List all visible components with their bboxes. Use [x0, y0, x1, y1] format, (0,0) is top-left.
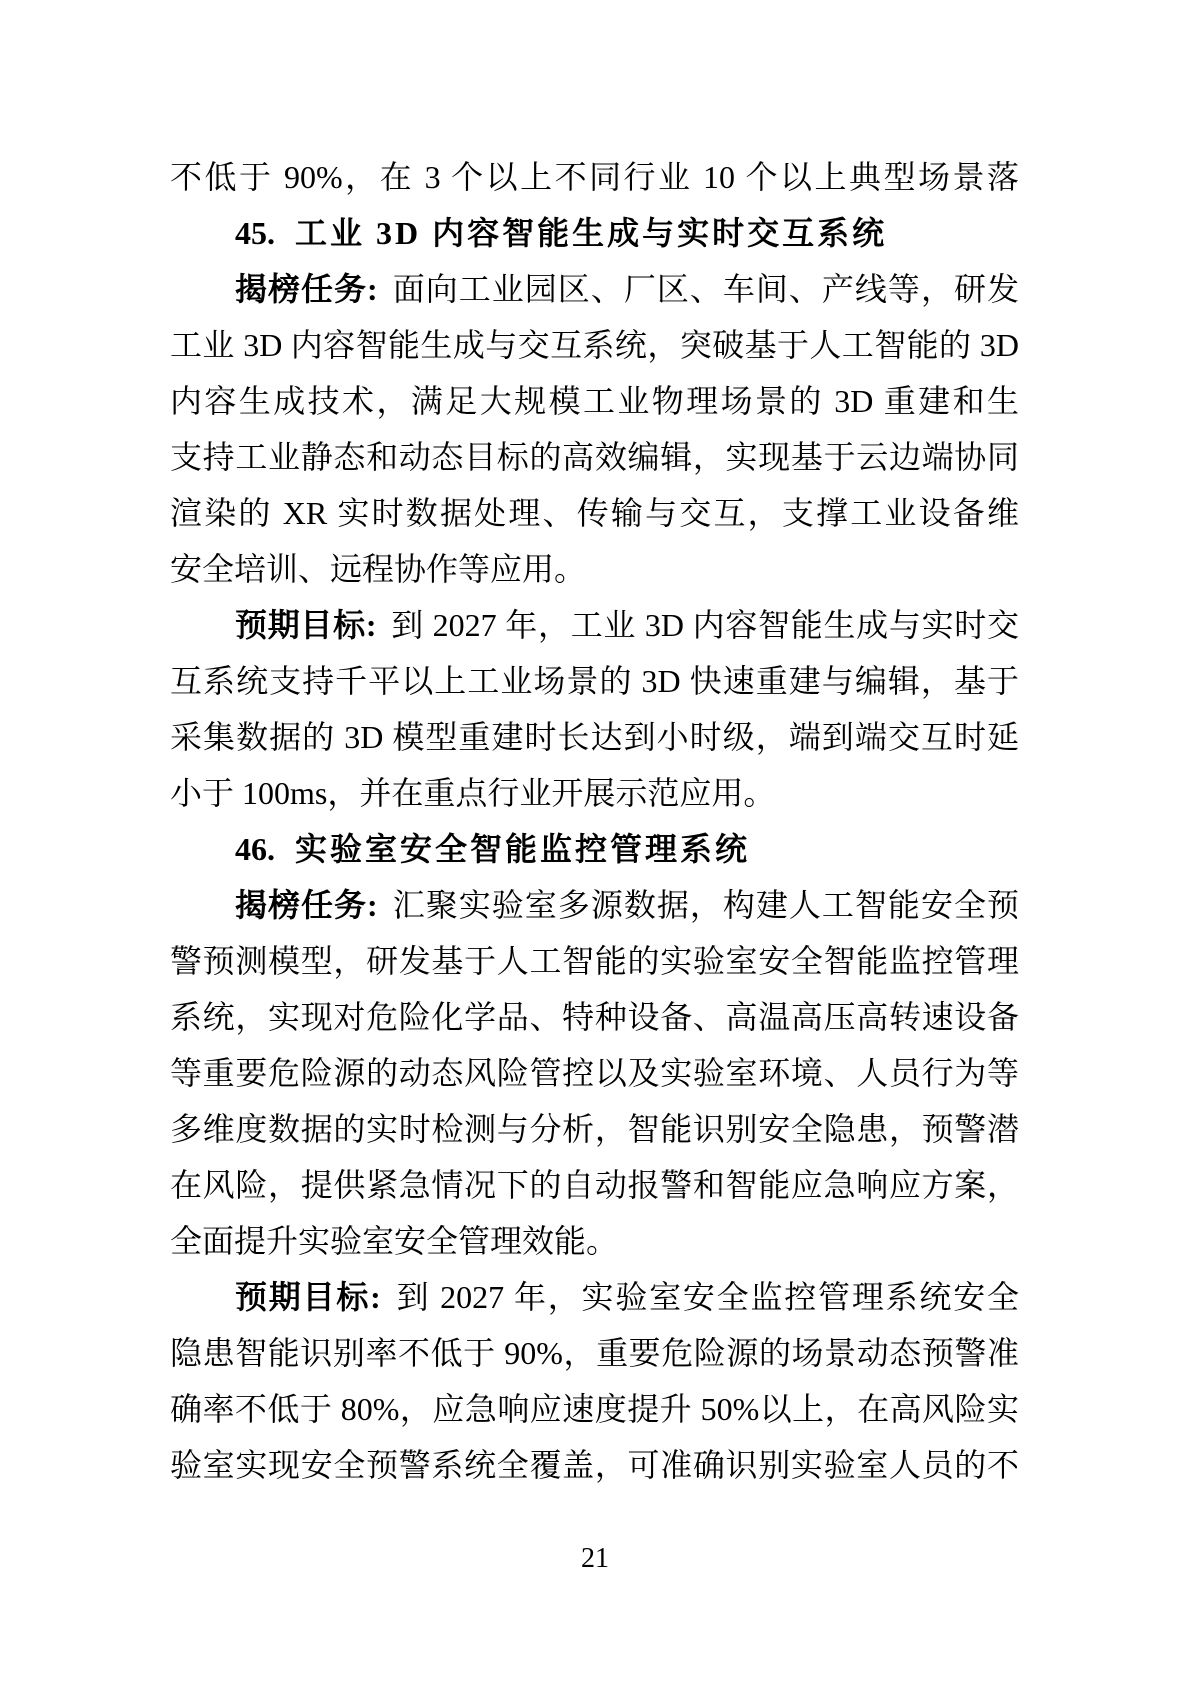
body-line: 揭榜任务:汇聚实验室多源数据，构建人工智能安全预: [170, 877, 1019, 933]
page-number: 21: [0, 1541, 1190, 1577]
line-text: 验室实现安全预警系统全覆盖，可准确识别实验室人员的不: [170, 1447, 1019, 1483]
heading-title: 实验室安全智能监控管理系统: [295, 831, 750, 867]
body-line: 隐患智能识别率不低于 90%，重要危险源的场景动态预警准: [170, 1325, 1019, 1381]
body-line: 揭榜任务:面向工业园区、厂区、车间、产线等，研发: [170, 261, 1019, 317]
line-text: 到 2027 年，工业 3D 内容智能生成与实时交: [390, 607, 1019, 643]
task-label: 揭榜任务:: [235, 271, 378, 307]
line-text: 不低于 90%，在 3 个以上不同行业 10 个以上典型场景落地。: [170, 159, 1019, 205]
body-line: 警预测模型，研发基于人工智能的实验室安全智能监控管理: [170, 933, 1019, 989]
body-line: 渲染的 XR 实时数据处理、传输与交互，支撑工业设备维护、: [170, 485, 1019, 541]
body-line: 安全培训、远程协作等应用。: [170, 541, 1019, 597]
body-line: 多维度数据的实时检测与分析，智能识别安全隐患，预警潜: [170, 1101, 1019, 1157]
body-line: 互系统支持千平以上工业场景的 3D 快速重建与编辑，基于: [170, 653, 1019, 709]
line-text: 在风险，提供紧急情况下的自动报警和智能应急响应方案，: [170, 1167, 1019, 1203]
line-text: 渲染的 XR 实时数据处理、传输与交互，支撑工业设备维护、: [170, 495, 1019, 541]
line-text: 采集数据的 3D 模型重建时长达到小时级，端到端交互时延: [170, 719, 1019, 755]
body-line: 小于 100ms，并在重点行业开展示范应用。: [170, 765, 1019, 821]
body-line: 验室实现安全预警系统全覆盖，可准确识别实验室人员的不: [170, 1437, 1019, 1493]
line-text: 面向工业园区、厂区、车间、产线等，研发: [392, 271, 1019, 307]
line-text: 到 2027 年，实验室安全监控管理系统安全: [395, 1279, 1019, 1315]
body-line: 确率不低于 80%，应急响应速度提升 50%以上，在高风险实: [170, 1381, 1019, 1437]
line-text: 警预测模型，研发基于人工智能的实验室安全智能监控管理: [170, 943, 1019, 979]
body-line: 支持工业静态和动态目标的高效编辑，实现基于云边端协同: [170, 429, 1019, 485]
body-line: 工业 3D 内容智能生成与交互系统，突破基于人工智能的 3D: [170, 317, 1019, 373]
section-heading-46: 46.实验室安全智能监控管理系统: [170, 821, 1019, 877]
line-text: 多维度数据的实时检测与分析，智能识别安全隐患，预警潜: [170, 1111, 1019, 1147]
line-text: 汇聚实验室多源数据，构建人工智能安全预: [392, 887, 1019, 923]
body-line: 内容生成技术，满足大规模工业物理场景的 3D 重建和生成，: [170, 373, 1019, 429]
line-text: 支持工业静态和动态目标的高效编辑，实现基于云边端协同: [170, 439, 1019, 475]
document-page: 不低于 90%，在 3 个以上不同行业 10 个以上典型场景落地。 45.工业 …: [0, 0, 1190, 1683]
body-line: 预期目标:到 2027 年，实验室安全监控管理系统安全: [170, 1269, 1019, 1325]
heading-number: 46.: [235, 831, 275, 867]
body-line: 预期目标:到 2027 年，工业 3D 内容智能生成与实时交: [170, 597, 1019, 653]
heading-title: 工业 3D 内容智能生成与实时交互系统: [295, 215, 887, 251]
line-text: 全面提升实验室安全管理效能。: [170, 1223, 618, 1259]
line-text: 系统，实现对危险化学品、特种设备、高温高压高转速设备: [170, 999, 1019, 1035]
text-block: 不低于 90%，在 3 个以上不同行业 10 个以上典型场景落地。 45.工业 …: [170, 149, 1019, 1493]
line-text: 互系统支持千平以上工业场景的 3D 快速重建与编辑，基于: [170, 663, 1019, 699]
line-text: 等重要危险源的动态风险管控以及实验室环境、人员行为等: [170, 1055, 1019, 1091]
body-line: 全面提升实验室安全管理效能。: [170, 1213, 1019, 1269]
line-text: 小于 100ms，并在重点行业开展示范应用。: [170, 775, 775, 811]
line-text: 内容生成技术，满足大规模工业物理场景的 3D 重建和生成，: [170, 383, 1019, 429]
task-label: 揭榜任务:: [235, 887, 378, 923]
body-line: 系统，实现对危险化学品、特种设备、高温高压高转速设备: [170, 989, 1019, 1045]
line-text: 隐患智能识别率不低于 90%，重要危险源的场景动态预警准: [170, 1335, 1019, 1371]
heading-number: 45.: [235, 215, 275, 251]
body-line: 不低于 90%，在 3 个以上不同行业 10 个以上典型场景落地。: [170, 149, 1019, 205]
body-line: 采集数据的 3D 模型重建时长达到小时级，端到端交互时延: [170, 709, 1019, 765]
goal-label: 预期目标:: [235, 607, 376, 643]
line-text: 安全培训、远程协作等应用。: [170, 551, 586, 587]
body-line: 在风险，提供紧急情况下的自动报警和智能应急响应方案，: [170, 1157, 1019, 1213]
section-heading-45: 45.工业 3D 内容智能生成与实时交互系统: [170, 205, 1019, 261]
line-text: 工业 3D 内容智能生成与交互系统，突破基于人工智能的 3D: [170, 327, 1019, 363]
goal-label: 预期目标:: [235, 1279, 381, 1315]
body-line: 等重要危险源的动态风险管控以及实验室环境、人员行为等: [170, 1045, 1019, 1101]
line-text: 确率不低于 80%，应急响应速度提升 50%以上，在高风险实: [170, 1391, 1019, 1427]
